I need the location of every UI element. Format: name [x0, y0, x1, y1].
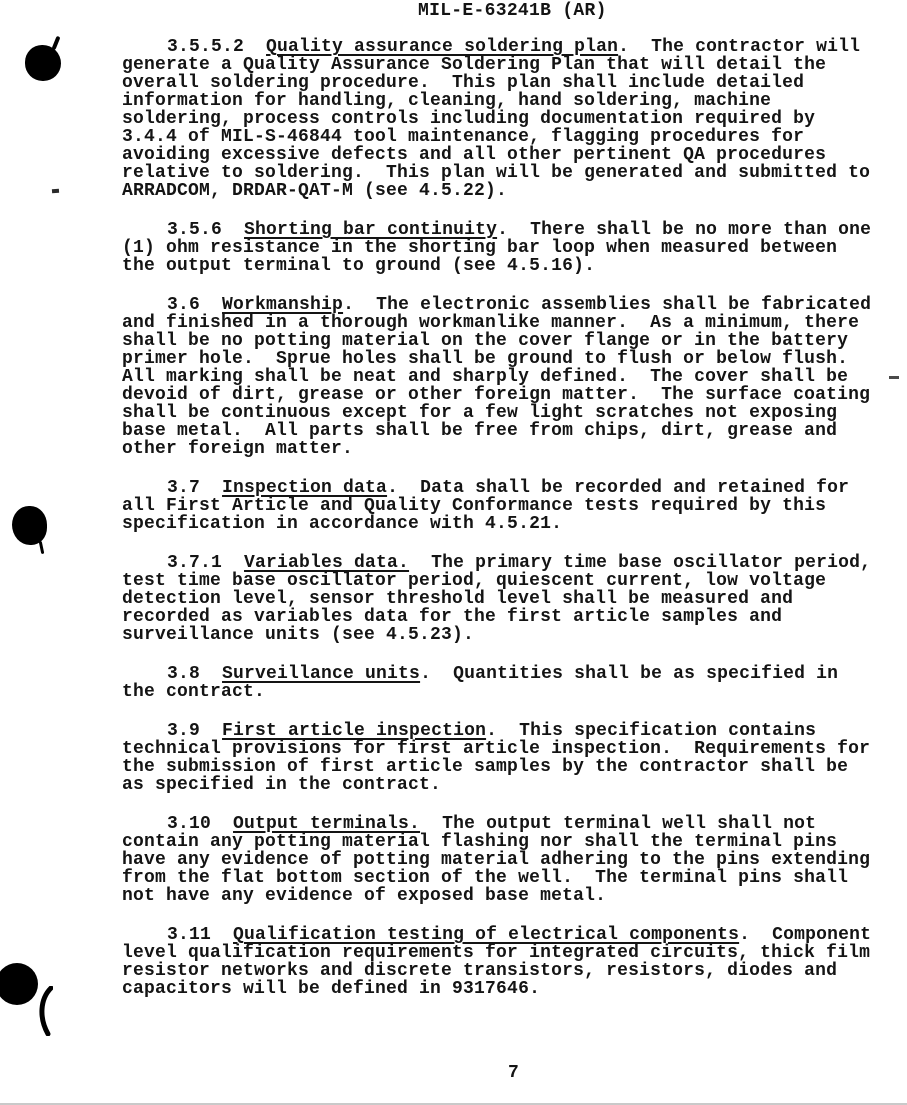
paragraph-3-7: 3.7 Inspection data. Data shall be recor…	[122, 479, 884, 533]
section-title: First article inspection	[222, 721, 486, 741]
section-title: Surveillance units	[222, 664, 420, 684]
section-title: Shorting bar continuity	[244, 220, 497, 240]
section-number: 3.11	[167, 925, 211, 945]
paragraph-3-7-1: 3.7.1 Variables data. The primary time b…	[122, 554, 884, 644]
section-number: 3.10	[167, 814, 211, 834]
section-number: 3.6	[167, 295, 200, 315]
paragraph-3-6: 3.6 Workmanship. The electronic assembli…	[122, 296, 884, 458]
paragraph-3-9: 3.9 First article inspection. This speci…	[122, 722, 884, 794]
section-title: Workmanship	[222, 295, 343, 315]
pen-dash-right	[889, 376, 899, 379]
section-text: . The electronic assemblies shall be fab…	[122, 295, 871, 459]
paragraph-3-8: 3.8 Surveillance units. Quantities shall…	[122, 665, 884, 701]
section-number: 3.9	[167, 721, 200, 741]
section-text: . The contractor will generate a Quality…	[122, 37, 870, 201]
section-text: . There shall be no more than one (1) oh…	[122, 220, 871, 276]
paragraph-3-10: 3.10 Output terminals. The output termin…	[122, 815, 884, 905]
section-title: Quality assurance soldering plan	[266, 37, 618, 57]
section-title: Inspection data	[222, 478, 387, 498]
document-id-header: MIL-E-63241B (AR)	[418, 2, 607, 20]
section-number: 3.7	[167, 478, 200, 498]
section-title: Output terminals.	[233, 814, 420, 834]
section-title: Variables data.	[244, 553, 409, 573]
paragraph-3-5-6: 3.5.6 Shorting bar continuity. There sha…	[122, 221, 884, 275]
section-number: 3.8	[167, 664, 200, 684]
section-number: 3.5.6	[167, 220, 222, 240]
pen-dash-left	[52, 189, 59, 193]
section-number: 3.5.5.2	[167, 37, 244, 57]
section-text: The primary time base oscillator period,…	[122, 553, 871, 645]
ink-blot-top	[25, 45, 61, 81]
paragraph-3-5-5-2: 3.5.5.2 Quality assurance soldering plan…	[122, 38, 884, 200]
section-title: Qualification testing of electrical comp…	[233, 925, 739, 945]
page-number: 7	[508, 1064, 519, 1082]
document-body: 3.5.5.2 Quality assurance soldering plan…	[122, 38, 884, 1019]
ink-blot-bottom	[0, 963, 38, 1005]
section-number: 3.7.1	[167, 553, 222, 573]
paragraph-3-11: 3.11 Qualification testing of electrical…	[122, 926, 884, 998]
paren-pen-mark	[37, 986, 53, 1036]
ink-blot-middle	[12, 506, 47, 545]
scanned-document-page: MIL-E-63241B (AR) 3.5.5.2 Quality assura…	[0, 0, 907, 1105]
